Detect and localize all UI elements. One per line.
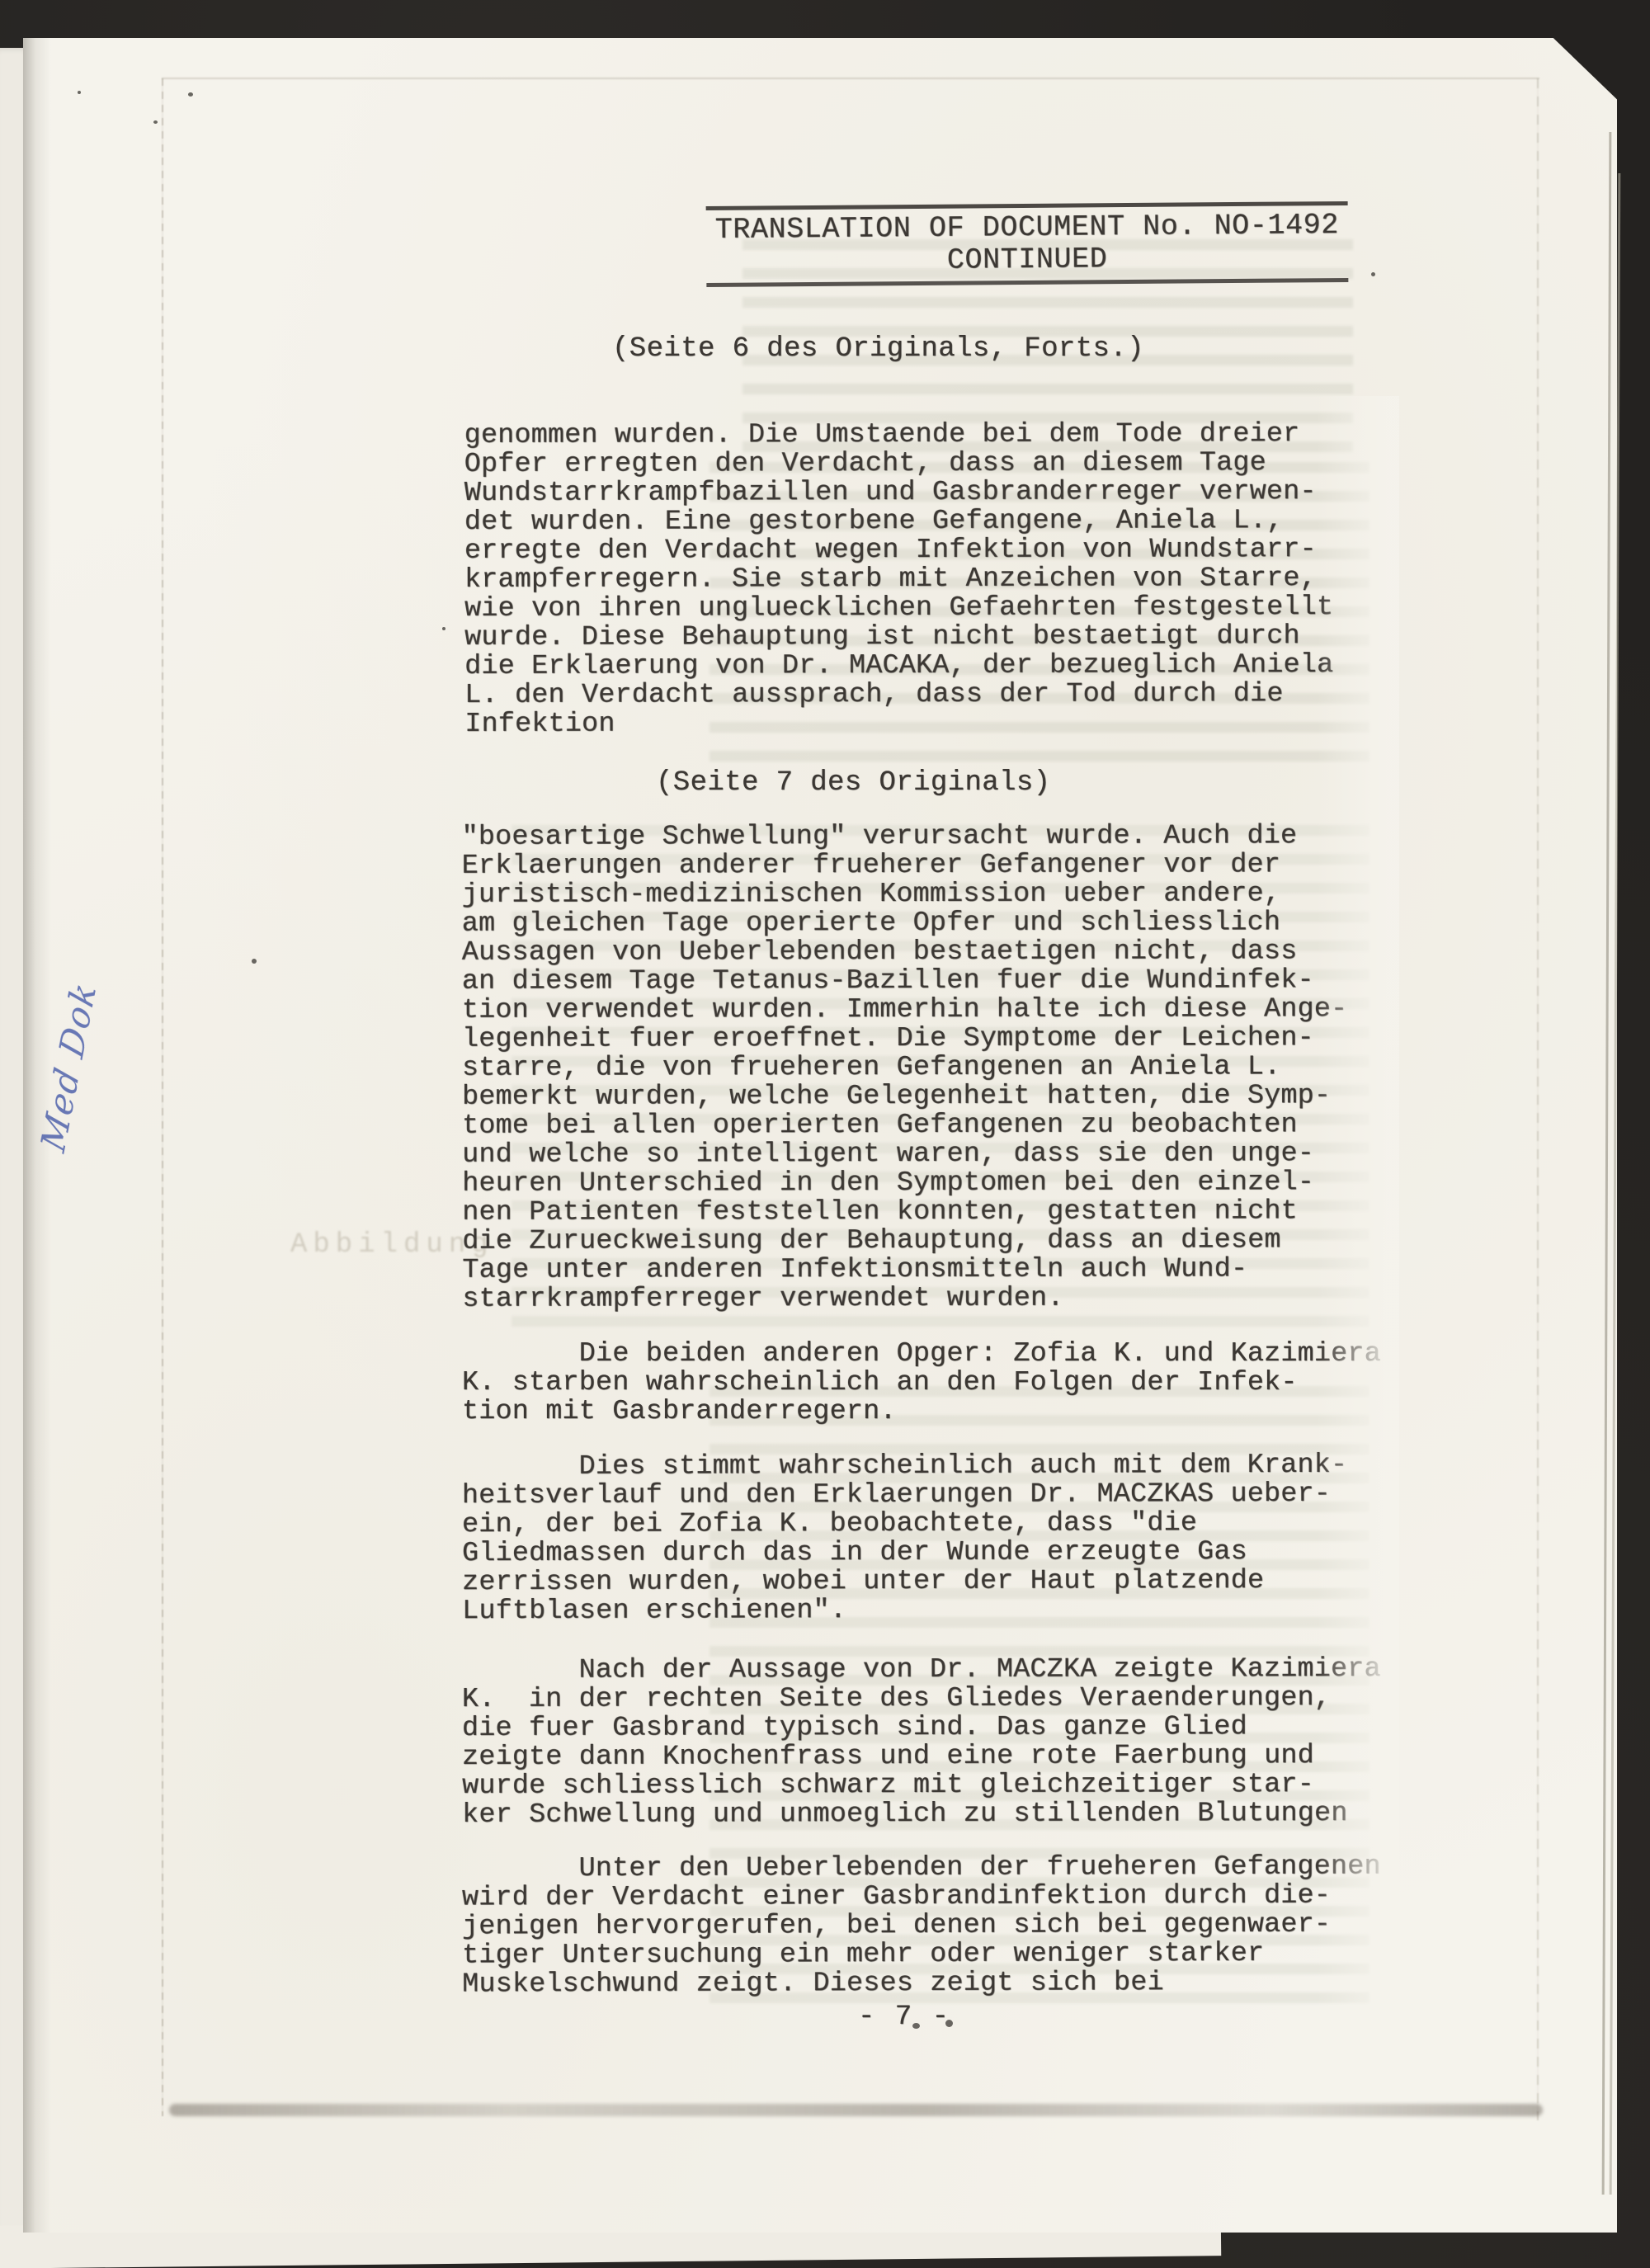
photocopy-smudge-line [169, 2104, 1543, 2116]
paragraph-5: Nach der Aussage von Dr. MACZKA zeigte K… [462, 1655, 1381, 1830]
page-number: - 7 - [858, 2002, 950, 2033]
document-header: TRANSLATION OF DOCUMENT No. NO-1492 CONT… [706, 201, 1349, 287]
header-title: TRANSLATION OF DOCUMENT No. NO-1492 [706, 209, 1348, 247]
right-edge-fade [1317, 396, 1399, 2013]
photocopy-ghost-frame-left [162, 78, 163, 2116]
section-heading-seite-7: (Seite 7 des Originals) [656, 767, 1050, 799]
ink-speck [1371, 272, 1375, 276]
ink-speck [188, 92, 193, 97]
ink-speck [252, 959, 257, 964]
paragraph-6: Unter den Ueberlebenden der frueheren Ge… [462, 1853, 1381, 2000]
photocopy-ghost-frame-right [1537, 78, 1539, 2120]
photocopy-ghost-frame-top [162, 78, 1539, 79]
paragraph-4: Dies stimmt wahrscheinlich auch mit dem … [462, 1451, 1348, 1626]
header-continued-label: CONTINUED [706, 242, 1348, 278]
scanned-document-view: Abbildung TRANSLATION OF DOCUMENT No. NO… [0, 0, 1650, 2268]
paragraph-1: genommen wurden. Die Umstaende bei dem T… [464, 420, 1334, 739]
ink-speck [442, 627, 445, 630]
paragraph-2: "boesartige Schwellung" verursacht wurde… [462, 822, 1348, 1313]
ink-speck [78, 91, 81, 94]
section-heading-seite-6: (Seite 6 des Originals, Forts.) [612, 333, 1144, 365]
paragraph-3: Die beiden anderen Opger: Zofia K. und K… [462, 1340, 1381, 1426]
ink-speck [153, 120, 158, 124]
